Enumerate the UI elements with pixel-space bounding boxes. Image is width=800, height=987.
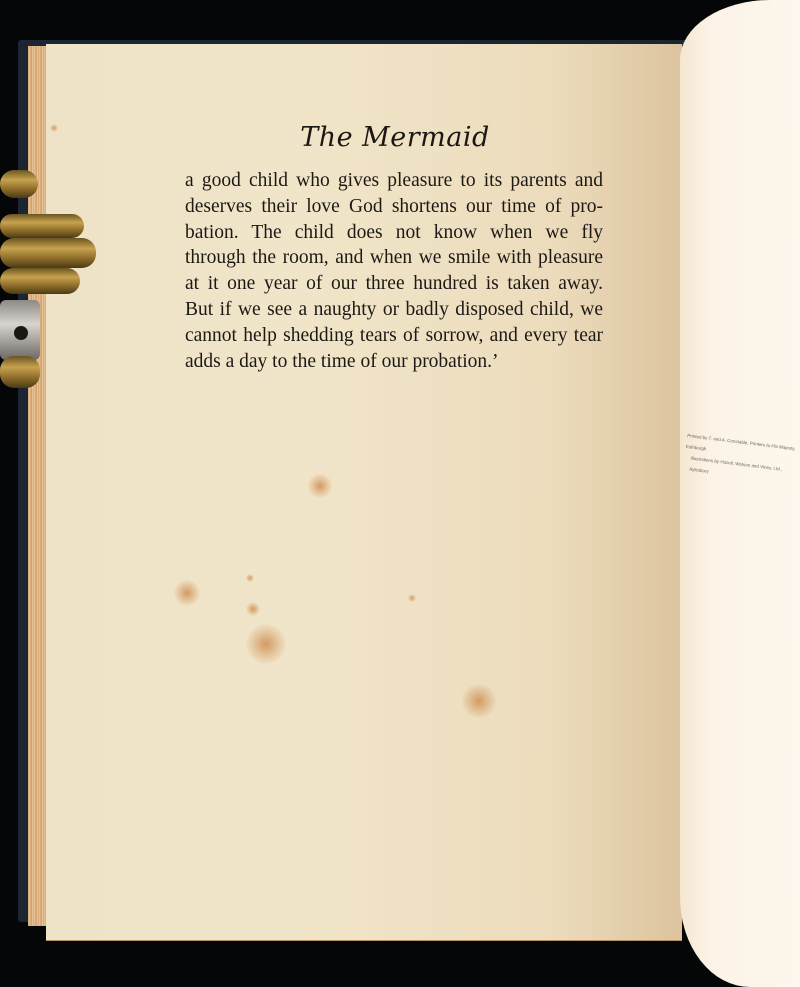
text-line: a good child who gives pleasure to its p… xyxy=(185,168,603,194)
right-page xyxy=(680,0,800,987)
foxing-spot xyxy=(50,124,58,132)
foxing-spot xyxy=(308,474,332,498)
text-line: But if we see a naughty or badly dispose… xyxy=(185,297,603,323)
text-line: cannot help shedding tears of sorrow, an… xyxy=(185,323,603,349)
text-line: deserves their love God shortens our tim… xyxy=(185,194,603,220)
foxing-spot xyxy=(246,602,260,616)
foxing-spot xyxy=(174,580,200,606)
text-line: at it one year of our three hundred is t… xyxy=(185,271,603,297)
running-head: The Mermaid xyxy=(180,122,610,153)
text-line: adds a day to the time of our probation.… xyxy=(185,349,603,375)
body-text: a good child who gives pleasure to its p… xyxy=(185,168,603,374)
foxing-spot xyxy=(408,594,416,602)
foxing-spot xyxy=(462,684,496,718)
brass-page-clip xyxy=(0,170,96,388)
text-line: bation. The child does not know when we … xyxy=(185,220,603,246)
text-line: through the room, and when we smile with… xyxy=(185,245,603,271)
foxing-spot xyxy=(246,574,254,582)
foxing-spot xyxy=(246,624,286,664)
